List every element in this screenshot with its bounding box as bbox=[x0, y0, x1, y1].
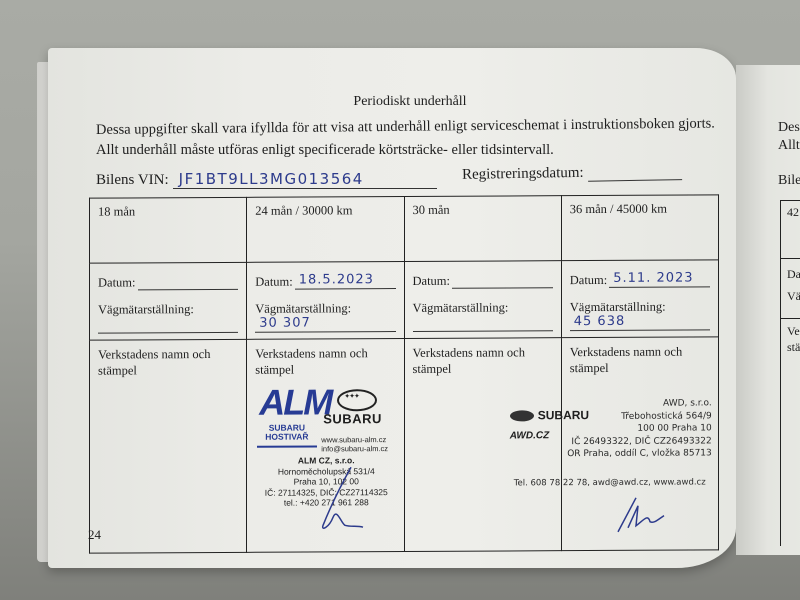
workshop-label: Verkstadens namn ochstämpel bbox=[413, 344, 553, 377]
date-label: Datum: bbox=[98, 275, 136, 290]
odometer-label: Vägmätarställning: bbox=[98, 302, 238, 318]
subaru-logo-icon bbox=[337, 389, 377, 411]
right-page-odo: Vä bbox=[787, 285, 800, 307]
odometer-value[interactable]: 45 638 bbox=[570, 314, 710, 331]
page-title: Periodiskt underhåll bbox=[10, 94, 800, 110]
right-page-date: Da bbox=[787, 263, 800, 285]
alm-underline bbox=[257, 445, 317, 447]
odometer-label: Vägmätarställning: bbox=[570, 299, 710, 315]
page-number: 24 bbox=[88, 527, 101, 543]
maintenance-schedule-table: 18 mån 24 mån / 30000 km 30 mån 36 mån /… bbox=[89, 194, 719, 553]
right-page-cell: Da Vä bbox=[781, 259, 800, 319]
right-page-cell: 42 bbox=[781, 201, 800, 259]
awd-street: Třebohostická 564/9 bbox=[567, 410, 712, 423]
subaru-wordmark: SUBARU bbox=[323, 411, 382, 426]
date-label: Datum: bbox=[413, 274, 451, 289]
alm-web-contact: www.subaru-alm.czinfo@subaru-alm.cz bbox=[321, 435, 388, 453]
alm-logo: ALM bbox=[259, 381, 331, 423]
right-page-shop: Ve bbox=[787, 323, 800, 339]
interval-cell: 36 mån / 45000 km bbox=[561, 195, 718, 261]
date-field: Datum:5.11. 2023 bbox=[570, 270, 710, 288]
workshop-row: Verkstadens namn ochstämpel Verkstadens … bbox=[90, 337, 719, 553]
awd-register: OR Praha, oddíl C, vložka 85713 bbox=[567, 447, 712, 460]
interval-cell: 30 mån bbox=[404, 196, 561, 262]
right-page-table: 42 Da Vä Ve stä bbox=[780, 200, 800, 546]
right-page-text: Dess bbox=[778, 120, 800, 136]
right-page-text: Allt bbox=[778, 138, 800, 154]
date-odometer-cell: Datum:5.11. 2023 Vägmätarställning: 45 6… bbox=[561, 260, 718, 338]
workshop-label-line: Verkstadens namn och bbox=[570, 343, 710, 360]
awd-tel: Tel. 608 78 22 78, awd@awd.cz, www.awd.c… bbox=[514, 477, 706, 488]
workshop-cell: Verkstadens namn ochstämpel ALM SUBARUHO… bbox=[247, 339, 404, 553]
signature-icon bbox=[614, 494, 674, 534]
date-field: Datum: bbox=[413, 271, 553, 289]
date-field: Datum: bbox=[98, 273, 238, 291]
date-value[interactable] bbox=[138, 273, 239, 291]
workshop-label-line: Verkstadens namn och bbox=[98, 346, 238, 363]
alm-subtitle: SUBARUHOSTIVAŘ bbox=[265, 423, 308, 441]
date-odometer-cell: Datum: Vägmätarställning: bbox=[404, 261, 561, 339]
registration-date-value[interactable] bbox=[588, 165, 682, 182]
odometer-label: Vägmätarställning: bbox=[255, 301, 395, 317]
right-page-cell: Ve stä bbox=[781, 319, 800, 359]
date-label: Datum: bbox=[255, 275, 293, 290]
vin-value[interactable]: JF1BT9LL3MG013564 bbox=[173, 170, 437, 189]
workshop-label-line: stämpel bbox=[98, 362, 238, 379]
right-page: Dess Allt Bile 42 Da Vä Ve stä bbox=[736, 65, 800, 555]
date-odometer-cell: Datum:18.5.2023 Vägmätarställning: 30 30… bbox=[247, 262, 404, 340]
date-value[interactable]: 5.11. 2023 bbox=[609, 270, 710, 288]
odometer-label: Vägmätarställning: bbox=[413, 300, 553, 316]
vin-label: Bilens VIN: bbox=[96, 172, 169, 189]
alm-email: info@subaru-alm.cz bbox=[321, 444, 388, 453]
date-odometer-row: Datum: Vägmätarställning: Datum:18.5.202… bbox=[90, 260, 719, 340]
intro-text: Dessa uppgifter skall vara ifyllda för a… bbox=[96, 120, 715, 160]
awd-dealer-stamp: SUBARU AWD.CZ AWD, s.r.o. Třebohostická … bbox=[510, 397, 740, 528]
workshop-label: Verkstadens namn ochstämpel bbox=[98, 346, 238, 379]
date-field: Datum:18.5.2023 bbox=[255, 272, 395, 290]
right-page-shop: stä bbox=[787, 339, 800, 355]
workshop-label-line: stämpel bbox=[413, 360, 553, 377]
awd-ids: IČ 26493322, DIČ CZ26493322 bbox=[567, 435, 712, 448]
awd-city: 100 00 Praha 10 bbox=[567, 422, 712, 435]
awd-address: AWD, s.r.o. Třebohostická 564/9 100 00 P… bbox=[567, 397, 712, 460]
awd-site: AWD.CZ bbox=[510, 430, 549, 441]
workshop-label: Verkstadens namn ochstämpel bbox=[255, 345, 395, 378]
workshop-label-line: stämpel bbox=[255, 361, 395, 378]
odometer-value[interactable]: 30 307 bbox=[255, 316, 395, 333]
alm-web: www.subaru-alm.cz bbox=[321, 435, 388, 444]
awd-company: AWD, s.r.o. bbox=[567, 397, 712, 410]
odometer-value[interactable] bbox=[98, 317, 238, 334]
interval-cell: 24 mån / 30000 km bbox=[247, 197, 404, 263]
signature-icon bbox=[311, 465, 371, 535]
registration-date-label: Registreringsdatum: bbox=[462, 165, 584, 184]
interval-cell: 18 mån bbox=[90, 197, 247, 263]
odometer-value[interactable] bbox=[413, 315, 553, 332]
subaru-logo-icon bbox=[510, 410, 534, 421]
date-odometer-cell: Datum: Vägmätarställning: bbox=[90, 262, 247, 340]
date-value[interactable] bbox=[452, 271, 553, 289]
alm-sub2: HOSTIVAŘ bbox=[265, 432, 308, 441]
date-label: Datum: bbox=[570, 273, 608, 288]
workshop-label: Verkstadens namn ochstämpel bbox=[570, 343, 710, 376]
workshop-label-line: Verkstadens namn och bbox=[255, 345, 395, 362]
date-value[interactable]: 18.5.2023 bbox=[295, 272, 396, 290]
intro-line-2: Allt underhåll måste utföras enligt spec… bbox=[96, 140, 715, 160]
workshop-cell: Verkstadens namn ochstämpel bbox=[90, 339, 247, 553]
right-page-text: Bile bbox=[778, 173, 800, 189]
vin-field: Bilens VIN: JF1BT9LL3MG013564 bbox=[96, 170, 437, 189]
workshop-label-line: stämpel bbox=[570, 359, 710, 376]
interval-row: 18 mån 24 mån / 30000 km 30 mån 36 mån /… bbox=[90, 195, 719, 263]
alm-dealer-stamp: ALM SUBARUHOSTIVAŘ SUBARU www.subaru-alm… bbox=[251, 379, 401, 540]
workshop-label-line: Verkstadens namn och bbox=[413, 344, 553, 361]
workshop-cell: Verkstadens namn ochstämpel SUBARU AWD.C… bbox=[561, 337, 718, 551]
